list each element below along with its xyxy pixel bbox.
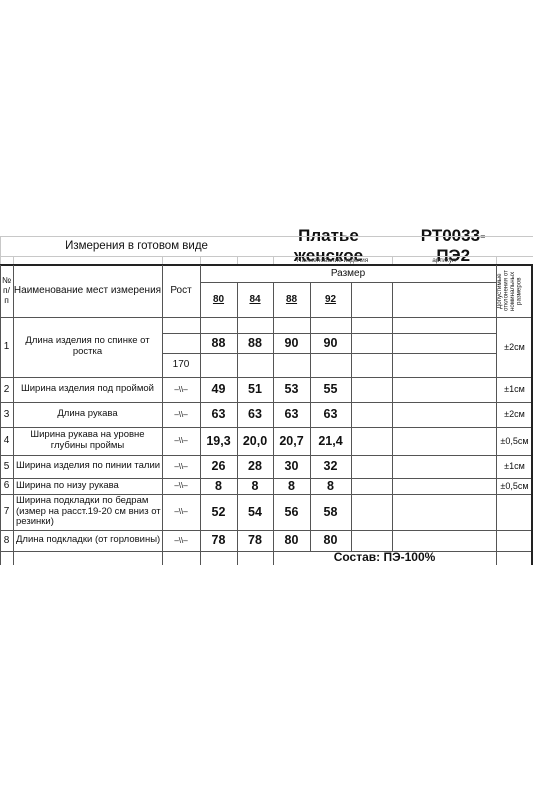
size-value: 51 bbox=[237, 377, 273, 402]
height-ditto: –\\– bbox=[162, 377, 200, 402]
column-header-measurement-name: Наименование мест измерения bbox=[13, 265, 162, 317]
grid-line bbox=[273, 551, 274, 565]
grid-line bbox=[237, 551, 238, 565]
row-number: 8 bbox=[0, 530, 13, 551]
size-header-92: 92 bbox=[310, 282, 351, 317]
size-value: 90 bbox=[273, 333, 310, 353]
grid-line bbox=[0, 256, 533, 257]
tolerance-value: ±1см bbox=[496, 455, 533, 478]
grid-line bbox=[237, 282, 238, 551]
size-value: 52 bbox=[200, 494, 237, 530]
size-value: 21,4 bbox=[310, 427, 351, 455]
size-value: 32 bbox=[310, 455, 351, 478]
row-number: 5 bbox=[0, 455, 13, 478]
measurement-name: Длина изделия по спинке от ростка bbox=[13, 317, 162, 377]
size-value: 88 bbox=[200, 333, 237, 353]
size-value: 26 bbox=[200, 455, 237, 478]
size-value: 8 bbox=[237, 478, 273, 494]
measurement-name: Ширина подкладки по бедрам (измер на рас… bbox=[13, 494, 162, 530]
grid-line bbox=[0, 494, 533, 495]
tolerance-value: ±0,5см bbox=[496, 427, 533, 455]
row-number: 6 bbox=[0, 478, 13, 494]
grid-line bbox=[0, 530, 533, 531]
tolerance-value: ±0,5см bbox=[496, 478, 533, 494]
grid-line bbox=[0, 427, 533, 428]
grid-line bbox=[0, 551, 1, 565]
size-value: 58 bbox=[310, 494, 351, 530]
size-value: 90 bbox=[310, 333, 351, 353]
size-value: 8 bbox=[310, 478, 351, 494]
grid-line bbox=[0, 377, 533, 378]
row-number: 1 bbox=[0, 317, 13, 377]
size-value: 63 bbox=[237, 402, 273, 427]
grid-line bbox=[0, 236, 1, 265]
measurement-name: Длина подкладки (от горловины) bbox=[13, 530, 162, 551]
grid-line bbox=[200, 551, 201, 565]
size-value: 20,0 bbox=[237, 427, 273, 455]
grid-line bbox=[0, 402, 533, 403]
size-value: 56 bbox=[273, 494, 310, 530]
measurement-table: Измерения в готовом виде Платье женское … bbox=[0, 0, 533, 800]
measurement-name: Ширина изделия под проймой bbox=[13, 377, 162, 402]
tolerance-value: ±2см bbox=[496, 317, 533, 377]
product-title: Платье женское РТ0033-ПЭ2 bbox=[262, 235, 502, 257]
grid-line bbox=[162, 333, 496, 334]
row-number: 2 bbox=[0, 377, 13, 402]
size-value: 63 bbox=[200, 402, 237, 427]
row-number: 7 bbox=[0, 494, 13, 530]
row-number: 3 bbox=[0, 402, 13, 427]
grid-line bbox=[310, 282, 311, 551]
grid-line bbox=[0, 317, 533, 318]
size-value: 28 bbox=[237, 455, 273, 478]
grid-line bbox=[496, 265, 497, 551]
grid-line bbox=[273, 282, 274, 551]
grid-line bbox=[13, 265, 14, 551]
size-value: 8 bbox=[273, 478, 310, 494]
size-value: 55 bbox=[310, 377, 351, 402]
size-value: 54 bbox=[237, 494, 273, 530]
size-value: 19,3 bbox=[200, 427, 237, 455]
table-title: Измерения в готовом виде bbox=[13, 237, 260, 257]
size-value: 20,7 bbox=[273, 427, 310, 455]
size-value: 78 bbox=[200, 530, 237, 551]
size-value: 53 bbox=[273, 377, 310, 402]
size-value: 49 bbox=[200, 377, 237, 402]
column-header-size-group: Размер bbox=[200, 265, 496, 282]
size-value: 8 bbox=[200, 478, 237, 494]
height-ditto: –\\– bbox=[162, 494, 200, 530]
composition-note: Состав: ПЭ-100% bbox=[273, 551, 496, 565]
size-value: 63 bbox=[273, 402, 310, 427]
height-ditto: –\\– bbox=[162, 478, 200, 494]
measurement-name: Ширина рукава на уровне глубины проймы bbox=[13, 427, 162, 455]
column-header-height: Рост bbox=[162, 265, 200, 317]
grid-line bbox=[162, 265, 163, 551]
grid-line bbox=[0, 265, 1, 551]
measurement-name: Ширина изделия по пинии талии bbox=[13, 455, 162, 478]
height-value: 170 bbox=[162, 353, 200, 377]
size-header-80: 80 bbox=[200, 282, 237, 317]
size-value: 80 bbox=[310, 530, 351, 551]
row-number: 4 bbox=[0, 427, 13, 455]
height-ditto: –\\– bbox=[162, 427, 200, 455]
size-header-88: 88 bbox=[273, 282, 310, 317]
tolerance-value: ±1см bbox=[496, 377, 533, 402]
height-ditto: –\\– bbox=[162, 402, 200, 427]
height-ditto: –\\– bbox=[162, 455, 200, 478]
grid-line bbox=[13, 551, 14, 565]
column-header-tolerance: Допустимые отклонения от номинальных раз… bbox=[497, 267, 532, 315]
tolerance-value: ±2см bbox=[496, 402, 533, 427]
grid-line bbox=[0, 455, 533, 456]
grid-line bbox=[0, 478, 533, 479]
height-ditto: –\\– bbox=[162, 530, 200, 551]
size-value: 80 bbox=[273, 530, 310, 551]
grid-line bbox=[162, 353, 496, 354]
grid-line bbox=[351, 282, 352, 551]
grid-line bbox=[162, 551, 163, 565]
size-value: 30 bbox=[273, 455, 310, 478]
measurement-name: Длина рукава bbox=[13, 402, 162, 427]
grid-line bbox=[200, 265, 201, 551]
size-header-84: 84 bbox=[237, 282, 273, 317]
grid-line bbox=[200, 282, 496, 283]
grid-line bbox=[0, 551, 533, 552]
column-header-number: № п/ п bbox=[0, 265, 13, 317]
size-value: 78 bbox=[237, 530, 273, 551]
measurement-name: Ширина по низу рукава bbox=[13, 478, 162, 494]
grid-line bbox=[0, 236, 533, 237]
grid-line bbox=[0, 264, 533, 266]
size-value: 88 bbox=[237, 333, 273, 353]
size-value: 63 bbox=[310, 402, 351, 427]
grid-line bbox=[392, 282, 393, 551]
grid-line bbox=[496, 551, 497, 565]
